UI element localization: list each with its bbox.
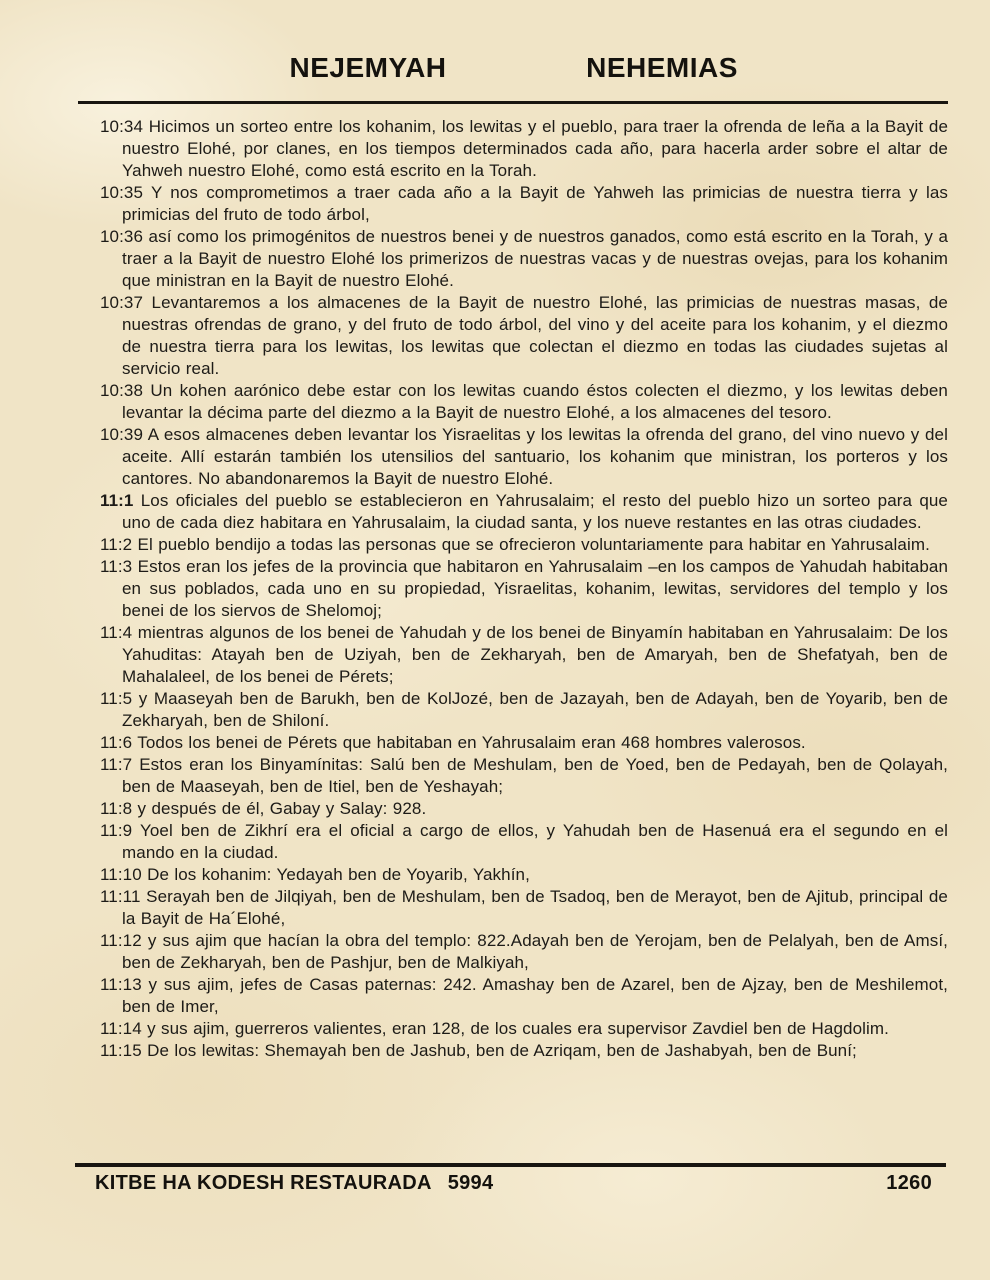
- verse: 11:10 De los kohanim: Yedayah ben de Yoy…: [100, 864, 948, 886]
- verse-text: Todos los benei de Pérets que habitaban …: [132, 733, 806, 752]
- verse-text: Serayah ben de Jilqiyah, ben de Meshulam…: [122, 887, 948, 928]
- verse-number: 11:3: [100, 557, 132, 576]
- verse: 11:11 Serayah ben de Jilqiyah, ben de Me…: [100, 886, 948, 930]
- verse: 11:6 Todos los benei de Pérets que habit…: [100, 732, 948, 754]
- footer-book-label: KITBE HA KODESH RESTAURADA: [95, 1172, 432, 1194]
- verse-number: 11:7: [100, 755, 132, 774]
- verse-text: Un kohen aarónico debe estar con los lew…: [122, 381, 948, 422]
- verse-text: así como los primogénitos de nuestros be…: [122, 227, 948, 290]
- verse-number: 11:14: [100, 1019, 142, 1038]
- verse-number: 10:36: [100, 227, 143, 246]
- page-number: 1260: [886, 1172, 932, 1195]
- verse-text: Los oficiales del pueblo se estableciero…: [122, 491, 948, 532]
- verse-text: Estos eran los Binyamínitas: Salú ben de…: [122, 755, 948, 796]
- verse: 10:39 A esos almacenes deben levantar lo…: [100, 424, 948, 490]
- header-title-left: NEJEMYAH: [289, 52, 446, 84]
- verse: 11:3 Estos eran los jefes de la provinci…: [100, 556, 948, 622]
- verse-number: 11:5: [100, 689, 132, 708]
- verse-text: mientras algunos de los benei de Yahudah…: [122, 623, 948, 686]
- verse-number: 10:39: [100, 425, 143, 444]
- verse: 10:38 Un kohen aarónico debe estar con l…: [100, 380, 948, 424]
- verse-number: 11:11: [100, 887, 141, 906]
- verse: 11:14 y sus ajim, guerreros valientes, e…: [100, 1018, 948, 1040]
- verse-text: Estos eran los jefes de la provincia que…: [122, 557, 948, 620]
- verse: 11:9 Yoel ben de Zikhrí era el oficial a…: [100, 820, 948, 864]
- verse-number: 11:13: [100, 975, 142, 994]
- verse-number: 11:6: [100, 733, 132, 752]
- verse-number: 11:2: [100, 535, 132, 554]
- verse-number: 10:35: [100, 183, 143, 202]
- verse: 11:8 y después de él, Gabay y Salay: 928…: [100, 798, 948, 820]
- verse-number: 11:8: [100, 799, 132, 818]
- verse: 11:15 De los lewitas: Shemayah ben de Ja…: [100, 1040, 948, 1062]
- verse: 10:34 Hicimos un sorteo entre los kohani…: [100, 116, 948, 182]
- header-rule: [78, 101, 948, 104]
- verse-number: 11:4: [100, 623, 132, 642]
- page: { "page": { "background_color": "#f0e4c6…: [0, 0, 990, 1280]
- verse-text: Hicimos un sorteo entre los kohanim, los…: [122, 117, 948, 180]
- verse-text: y sus ajim, jefes de Casas paternas: 242…: [122, 975, 948, 1016]
- verse: 10:37 Levantaremos a los almacenes de la…: [100, 292, 948, 380]
- verse: 11:13 y sus ajim, jefes de Casas paterna…: [100, 974, 948, 1018]
- verse: 11:12 y sus ajim que hacían la obra del …: [100, 930, 948, 974]
- footer-left: KITBE HA KODESH RESTAURADA5994: [95, 1172, 493, 1195]
- verse-text: Levantaremos a los almacenes de la Bayit…: [122, 293, 948, 378]
- verse-list: 10:34 Hicimos un sorteo entre los kohani…: [100, 116, 948, 1062]
- footer-rule: [75, 1163, 946, 1167]
- verse-number: 11:15: [100, 1041, 142, 1060]
- verse-text: Yoel ben de Zikhrí era el oficial a carg…: [122, 821, 948, 862]
- verse-text: Y nos comprometimos a traer cada año a l…: [122, 183, 948, 224]
- verse-text: De los kohanim: Yedayah ben de Yoyarib, …: [142, 865, 530, 884]
- verse: 11:4 mientras algunos de los benei de Ya…: [100, 622, 948, 688]
- verse: 11:7 Estos eran los Binyamínitas: Salú b…: [100, 754, 948, 798]
- verse-text: El pueblo bendijo a todas las personas q…: [132, 535, 930, 554]
- verse-text: A esos almacenes deben levantar los Yisr…: [122, 425, 948, 488]
- verse-text: y Maaseyah ben de Barukh, ben de KolJozé…: [122, 689, 948, 730]
- verse-text: De los lewitas: Shemayah ben de Jashub, …: [142, 1041, 857, 1060]
- footer: KITBE HA KODESH RESTAURADA5994 1260: [95, 1172, 932, 1195]
- verse: 11:5 y Maaseyah ben de Barukh, ben de Ko…: [100, 688, 948, 732]
- verse-number: 11:1: [100, 491, 134, 510]
- verse: 10:36 así como los primogénitos de nuest…: [100, 226, 948, 292]
- footer-edition-number: 5994: [448, 1172, 494, 1194]
- verse-number: 10:37: [100, 293, 143, 312]
- verse-number: 10:34: [100, 117, 143, 136]
- verse: 10:35 Y nos comprometimos a traer cada a…: [100, 182, 948, 226]
- verse: 11:1 Los oficiales del pueblo se estable…: [100, 490, 948, 534]
- header-title-right: NEHEMIAS: [586, 52, 738, 84]
- verse-text: y sus ajim, guerreros valientes, eran 12…: [142, 1019, 889, 1038]
- verse-text: y después de él, Gabay y Salay: 928.: [132, 799, 426, 818]
- verse-number: 10:38: [100, 381, 143, 400]
- verse-number: 11:12: [100, 931, 142, 950]
- verse-number: 11:10: [100, 865, 142, 884]
- verse-text: y sus ajim que hacían la obra del templo…: [122, 931, 948, 972]
- verse-number: 11:9: [100, 821, 132, 840]
- verse: 11:2 El pueblo bendijo a todas las perso…: [100, 534, 948, 556]
